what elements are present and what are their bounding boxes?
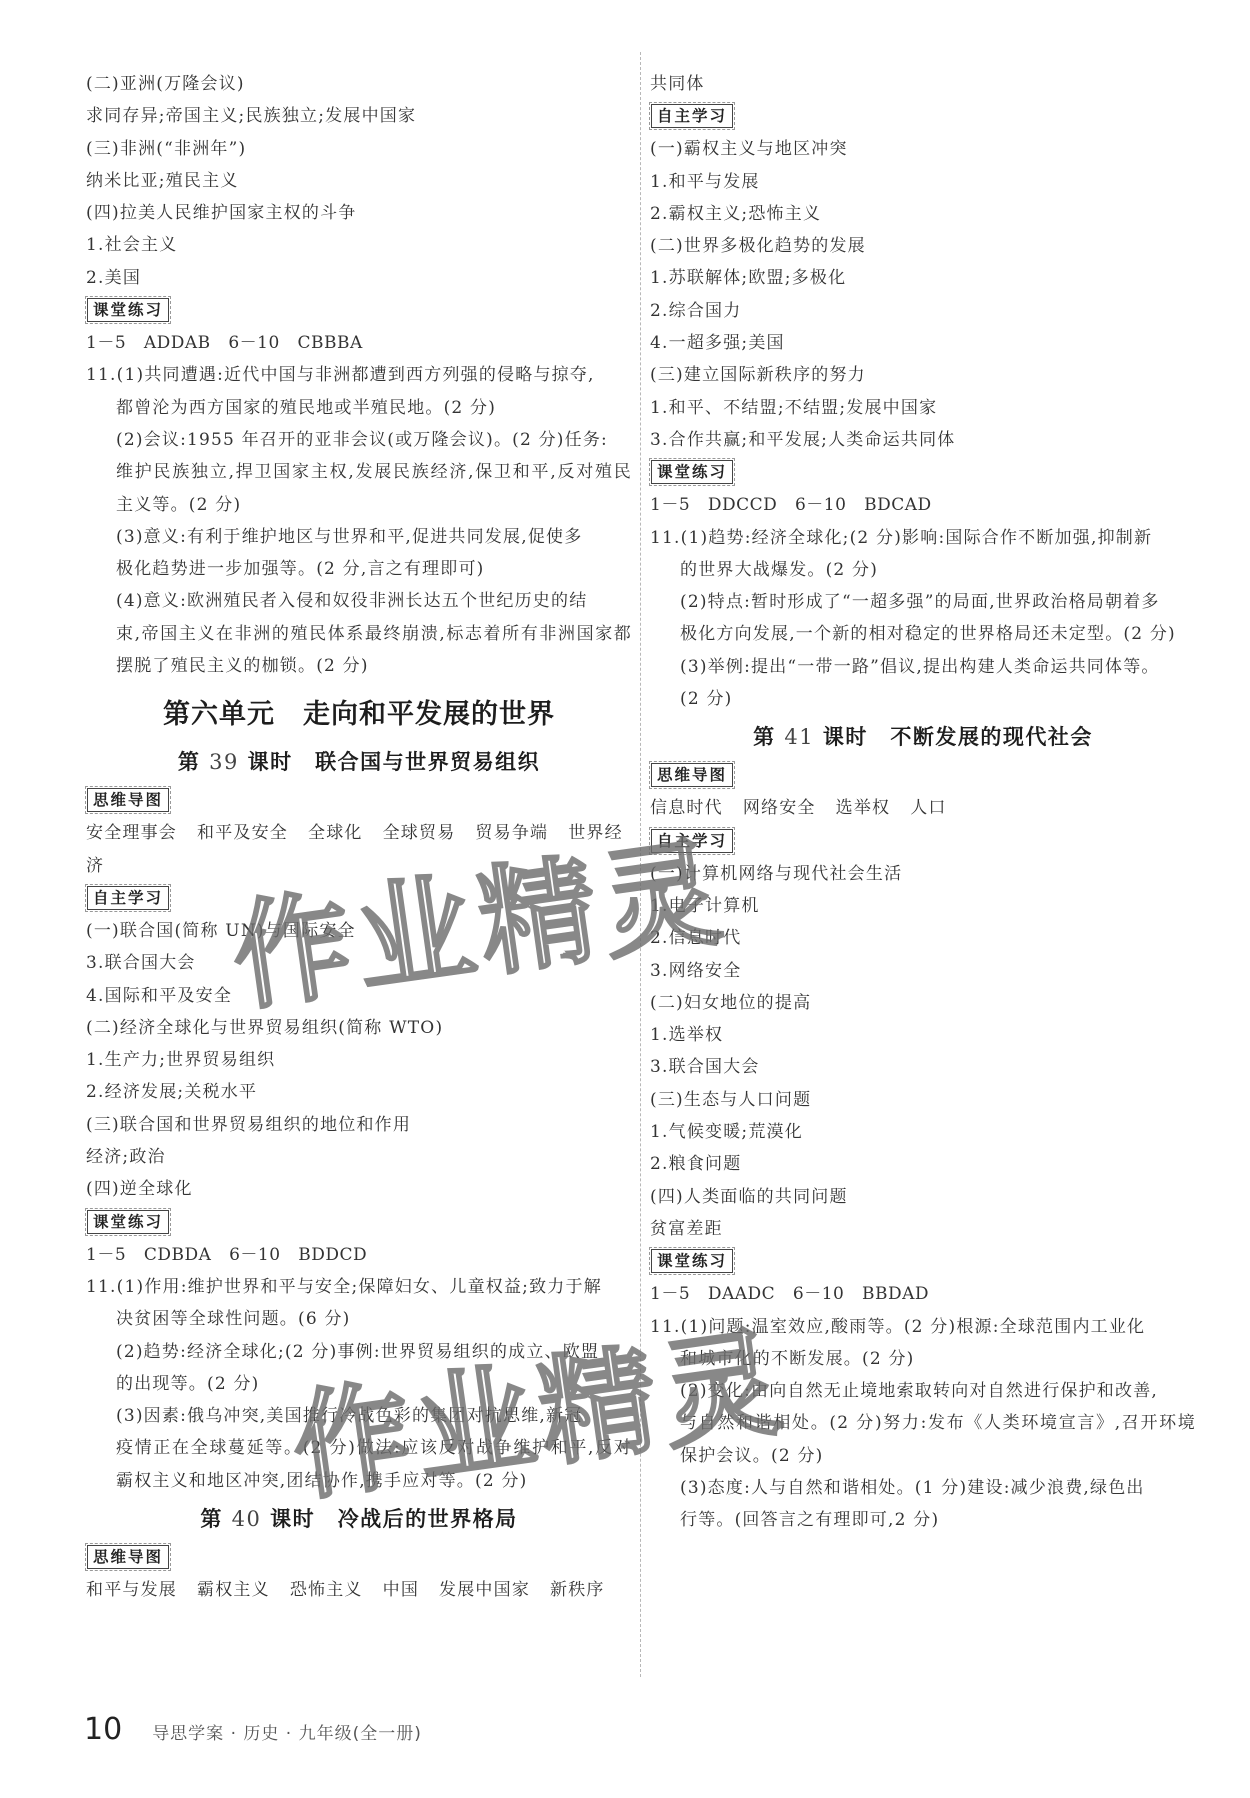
section-tag-mind-map: 思维导图: [651, 763, 733, 787]
text-line: 4.一超多强;美国: [650, 327, 1196, 359]
section-tag-self-study: 自主学习: [651, 104, 733, 128]
left-column: (二)亚洲(万隆会议) 求同存异;帝国主义;民族独立;发展中国家 (三)非洲(“…: [86, 68, 632, 1606]
right-column: 共同体 自主学习 (一)霸权主义与地区冲突 1.和平与发展 2.霸权主义;恐怖主…: [650, 68, 1196, 1537]
text-line: 2.综合国力: [650, 295, 1196, 327]
text-line: 2.经济发展;关税水平: [86, 1076, 632, 1108]
text-line: 3.联合国大会: [650, 1051, 1196, 1083]
section-tag-self-study: 自主学习: [87, 886, 169, 910]
lesson-title-39: 第 39 课时 联合国与世界贸易组织: [86, 740, 632, 784]
answer-paragraph: 11.(1)问题:温室效应,酸雨等。(2 分)根源:全球范围内工业化 和城市化的…: [650, 1311, 1196, 1537]
text-line: (二)世界多极化趋势的发展: [650, 230, 1196, 262]
section-tag-classroom-practice: 课堂练习: [651, 460, 733, 484]
section-tag-classroom-practice: 课堂练习: [651, 1249, 733, 1273]
section-tag-mind-map: 思维导图: [87, 1545, 169, 1569]
text-line: 纳米比亚;殖民主义: [86, 165, 632, 197]
text-line: (三)建立国际新秩序的努力: [650, 359, 1196, 391]
mind-map-keywords: 和平与发展霸权主义恐怖主义中国发展中国家新秩序: [86, 1574, 632, 1606]
text-line: (三)联合国和世界贸易组织的地位和作用: [86, 1109, 632, 1141]
choice-answers: 1－5 CDBDA 6－10 BDDCD: [86, 1239, 632, 1271]
text-line: (四)逆全球化: [86, 1173, 632, 1205]
text-line: (一)霸权主义与地区冲突: [650, 133, 1196, 165]
lesson-title-40: 第 40 课时 冷战后的世界格局: [86, 1497, 632, 1541]
text-line: 1.气候变暖;荒漠化: [650, 1116, 1196, 1148]
text-line: 4.国际和平及安全: [86, 980, 632, 1012]
text-line: 经济;政治: [86, 1141, 632, 1173]
mind-map-keywords: 信息时代网络安全选举权人口: [650, 792, 1196, 824]
page-number: 10: [84, 1712, 122, 1747]
text-line: 1.和平与发展: [650, 166, 1196, 198]
text-line: 1.选举权: [650, 1019, 1196, 1051]
text-line: 2.信息时代: [650, 922, 1196, 954]
mind-map-keywords: 安全理事会和平及安全全球化全球贸易贸易争端世界经济: [86, 817, 632, 882]
text-line: 1.社会主义: [86, 229, 632, 261]
text-line: 1.和平、不结盟;不结盟;发展中国家: [650, 392, 1196, 424]
column-divider: [640, 52, 641, 1677]
text-line: (四)拉美人民维护国家主权的斗争: [86, 197, 632, 229]
text-line: (一)联合国(简称 UN)与国际安全: [86, 915, 632, 947]
choice-answers: 1－5 DAADC 6－10 BBDAD: [650, 1278, 1196, 1310]
text-line: (二)亚洲(万隆会议): [86, 68, 632, 100]
text-line: (四)人类面临的共同问题: [650, 1181, 1196, 1213]
section-tag-classroom-practice: 课堂练习: [87, 1210, 169, 1234]
text-line: 2.美国: [86, 262, 632, 294]
text-line: 求同存异;帝国主义;民族独立;发展中国家: [86, 100, 632, 132]
text-line: (三)生态与人口问题: [650, 1084, 1196, 1116]
text-line: 贫富差距: [650, 1213, 1196, 1245]
answer-paragraph: 11.(1)趋势:经济全球化;(2 分)影响:国际合作不断加强,抑制新 的世界大…: [650, 522, 1196, 716]
text-line: 1.电子计算机: [650, 890, 1196, 922]
choice-answers: 1－5 ADDAB 6－10 CBBBA: [86, 327, 632, 359]
text-line: 2.粮食问题: [650, 1148, 1196, 1180]
section-tag-self-study: 自主学习: [651, 829, 733, 853]
lesson-title-41: 第 41 课时 不断发展的现代社会: [650, 715, 1196, 759]
text-line: 1.苏联解体;欧盟;多极化: [650, 262, 1196, 294]
text-line: 1.生产力;世界贸易组织: [86, 1044, 632, 1076]
text-line: (三)非洲(“非洲年”): [86, 133, 632, 165]
section-tag-classroom-practice: 课堂练习: [87, 298, 169, 322]
answer-key-page: (二)亚洲(万隆会议) 求同存异;帝国主义;民族独立;发展中国家 (三)非洲(“…: [0, 0, 1250, 1798]
unit-title: 第六单元 走向和平发展的世界: [86, 690, 632, 740]
page-footer: 10 导思学案 · 历史 · 九年级(全一册): [84, 1712, 422, 1752]
text-line: 2.霸权主义;恐怖主义: [650, 198, 1196, 230]
text-line: (二)妇女地位的提高: [650, 987, 1196, 1019]
text-line: (二)经济全球化与世界贸易组织(简称 WTO): [86, 1012, 632, 1044]
text-line: 3.联合国大会: [86, 947, 632, 979]
text-line: 共同体: [650, 68, 1196, 100]
answer-paragraph: 11.(1)共同遭遇:近代中国与非洲都遭到西方列强的侵略与掠夺, 都曾沦为西方国…: [86, 359, 632, 682]
answer-paragraph: 11.(1)作用:维护世界和平与安全;保障妇女、儿童权益;致力于解 决贫困等全球…: [86, 1271, 632, 1497]
choice-answers: 1－5 DDCCD 6－10 BDCAD: [650, 489, 1196, 521]
book-title: 导思学案 · 历史 · 九年级(全一册): [152, 1719, 422, 1744]
text-line: (一)计算机网络与现代社会生活: [650, 858, 1196, 890]
section-tag-mind-map: 思维导图: [87, 788, 169, 812]
text-line: 3.网络安全: [650, 955, 1196, 987]
text-line: 3.合作共赢;和平发展;人类命运共同体: [650, 424, 1196, 456]
